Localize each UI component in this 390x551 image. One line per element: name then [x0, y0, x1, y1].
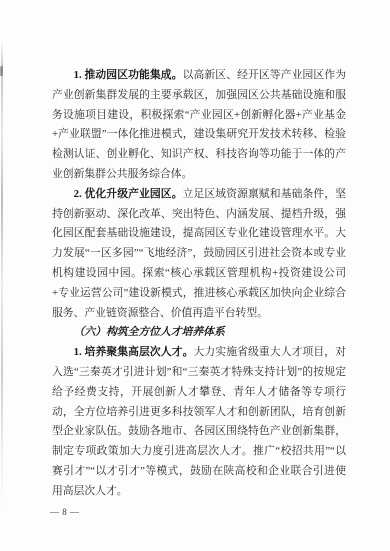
document-page: 1. 推动园区功能集成。以高新区、经开区等产业园区作为产业创新集群发展的主要承载… [0, 0, 390, 551]
paragraph-item-1: 1. 推动园区功能集成。以高新区、经开区等产业园区作为产业创新集群发展的主要承载… [52, 66, 346, 185]
document-body: 1. 推动园区功能集成。以高新区、经开区等产业园区作为产业创新集群发展的主要承载… [52, 66, 346, 502]
scan-artifact-smudge [0, 66, 3, 76]
paragraph-item-2-lead: 2. 优化升级产业园区。 [74, 188, 183, 200]
paragraph-item-3-lead: 1. 培养聚集高层次人才。 [74, 346, 194, 358]
paragraph-item-2-text: 立足区域资源禀赋和基础条件，坚持创新驱动、深化改革、突出特色、内涵发展、提档升级… [52, 188, 346, 319]
paragraph-item-3-text: 大力实施省级重大人才项目，对入选“三秦英才引进计划”和“三秦英才特殊支持计划”的… [52, 346, 346, 497]
section-heading-6: （六）构筑全方位人才培养体系 [52, 323, 346, 343]
page-footer: — 8 — [50, 505, 170, 519]
page-number: — 8 — [50, 507, 80, 517]
paragraph-item-3: 1. 培养聚集高层次人才。大力实施省级重大人才项目，对入选“三秦英才引进计划”和… [52, 343, 346, 501]
paragraph-item-1-text: 以高新区、经开区等产业园区作为产业创新集群发展的主要承载区，加强园区公共基础设施… [52, 69, 346, 180]
paragraph-item-2: 2. 优化升级产业园区。立足区域资源禀赋和基础条件，坚持创新驱动、深化改革、突出… [52, 185, 346, 324]
scan-artifact-edge-line [1, 40, 3, 510]
paragraph-item-1-lead: 1. 推动园区功能集成。 [74, 69, 183, 81]
